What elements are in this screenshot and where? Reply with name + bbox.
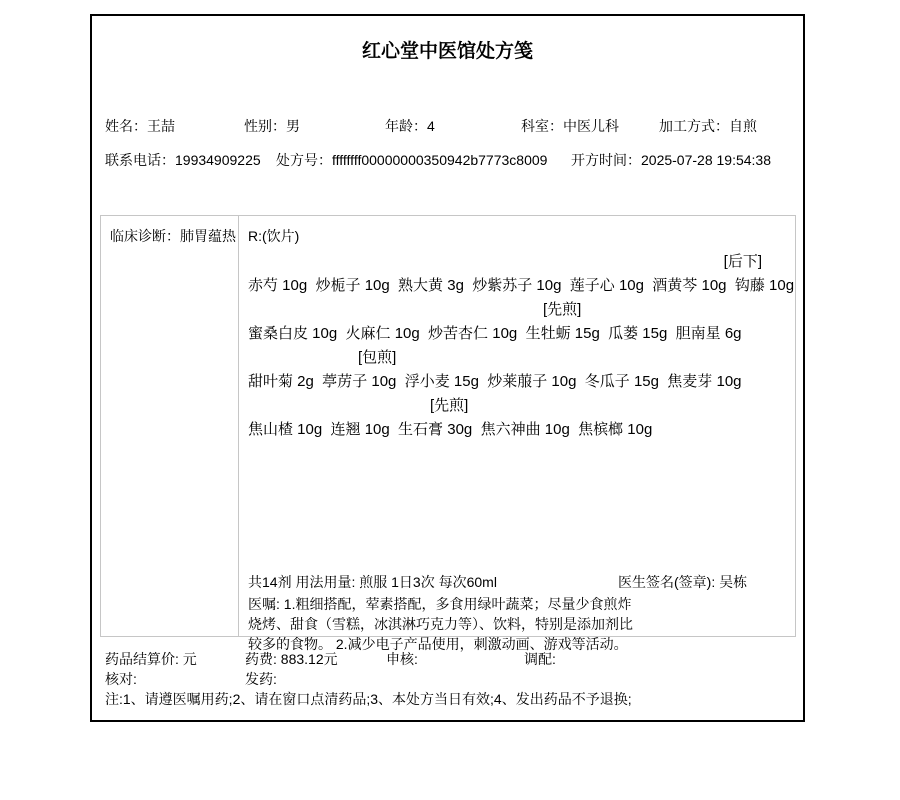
prescription-page: 红心堂中医馆处方笺 姓名：王喆 性别：男 年龄：4 科室：中医儿科 加工方式：自… <box>0 0 900 800</box>
footer-notes: 注:1、请遵医嘱用药;2、请在窗口点清药品;3、本处方当日有效;4、发出药品不予… <box>105 689 632 709</box>
page-title: 红心堂中医馆处方笺 <box>90 36 805 63</box>
dispense-field: 发药: <box>245 669 277 689</box>
medicine-fee: 药费: 883.12元 <box>245 649 338 669</box>
prepare-field: 调配: <box>524 649 556 669</box>
medical-advice: 医嘱: 1.粗细搭配，荤素搭配，多食用绿叶蔬菜；尽量少食煎炸烧烤、甜食（雪糕，冰… <box>248 594 640 654</box>
review-field: 申核: <box>386 649 418 669</box>
decoction-method-label: [先煎] <box>248 298 795 322</box>
settlement-price: 药品结算价: 元 <box>105 649 197 669</box>
med-row: 甜叶菊 2g 葶苈子 10g 浮小麦 15g 炒莱菔子 10g 冬瓜子 15g … <box>248 370 795 394</box>
med-list: [后下]赤芍 10g 炒栀子 10g 熟大黄 3g 炒紫苏子 10g 莲子心 1… <box>248 250 795 442</box>
check-field: 核对: <box>105 669 137 689</box>
patient-name: 姓名：王喆 <box>105 116 175 136</box>
prescription-number: 处方号：ffffffff00000000350942b7773c8009 <box>276 150 547 170</box>
med-row: 赤芍 10g 炒栀子 10g 熟大黄 3g 炒紫苏子 10g 莲子心 10g 酒… <box>248 274 795 298</box>
rx-header: R:(饮片) <box>248 226 299 246</box>
dosage-instructions: 共14剂 用法用量: 煎服 1日3次 每次60ml <box>248 572 497 592</box>
patient-age: 年龄：4 <box>385 116 435 136</box>
table-column-divider <box>238 215 239 637</box>
patient-gender: 性别：男 <box>244 116 300 136</box>
clinical-diagnosis: 临床诊断：肺胃蕴热 <box>110 226 236 246</box>
contact-phone: 联系电话：19934909225 <box>105 150 261 170</box>
decoction-method-label: [后下] <box>248 250 795 274</box>
doctor-signature: 医生签名(签章): 吴栋 <box>618 572 747 592</box>
department: 科室：中医儿科 <box>521 116 619 136</box>
med-row: 蜜桑白皮 10g 火麻仁 10g 炒苦杏仁 10g 生牡蛎 15g 瓜蒌 15g… <box>248 322 795 346</box>
med-row: 焦山楂 10g 连翘 10g 生石膏 30g 焦六神曲 10g 焦槟榔 10g <box>248 418 795 442</box>
prescription-time: 开方时间：2025-07-28 19:54:38 <box>571 150 771 170</box>
decoction-method-label: [包煎] <box>248 346 795 370</box>
processing-method: 加工方式：自煎 <box>659 116 757 136</box>
decoction-method-label: [先煎] <box>248 394 795 418</box>
